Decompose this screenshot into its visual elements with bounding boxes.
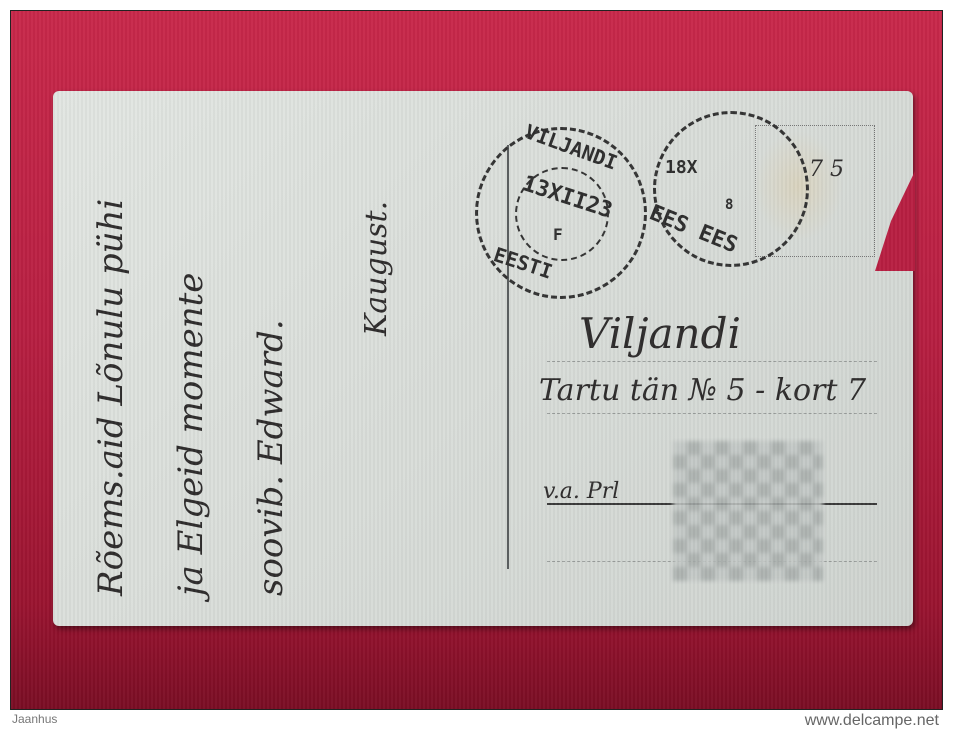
address-line — [547, 361, 877, 362]
postcard: VILJANDI 13XII23 F EESTI 18X 8 EES EES 7… — [53, 91, 913, 626]
postmark-letter: F — [553, 225, 563, 244]
postmark-top-arc: VILJANDI — [522, 119, 621, 174]
postmark-main — [475, 127, 647, 299]
address-divider — [507, 145, 509, 569]
address-line — [547, 561, 877, 562]
torn-corner — [875, 171, 915, 271]
postmark-bottom-arc: EESTI — [491, 242, 556, 283]
address-city: Viljandi — [579, 309, 741, 358]
message-line-2: ja Elgeid momente — [171, 273, 211, 596]
redacted-name — [673, 441, 823, 581]
watermark-author: Jaanhus — [12, 712, 57, 726]
watermark-site: www.delcampe.net — [805, 712, 939, 730]
postmark-main-inner — [515, 167, 609, 261]
message-line-1: Rõems.aid Lõnulu pühi — [91, 199, 131, 596]
postmark-second-number: 8 — [725, 197, 733, 213]
postmark-second-date: 18X — [665, 157, 698, 178]
address-line — [547, 503, 877, 505]
message-line-3: soovib. Edward. — [251, 319, 291, 596]
postmark-second-arc: EES EES — [646, 201, 741, 259]
address-recipient: v.a. Prl — [543, 479, 619, 504]
photo-background: VILJANDI 13XII23 F EESTI 18X 8 EES EES 7… — [10, 10, 943, 710]
address-street: Tartu tän № 5 - kort 7 — [539, 373, 866, 408]
stamp-box — [755, 125, 875, 257]
stamp-note: 7 5 — [809, 157, 844, 182]
message-signature: Kaugust. — [359, 201, 394, 336]
postmark-second — [653, 111, 809, 267]
postmark-date: 13XII23 — [519, 171, 615, 223]
address-line — [547, 413, 877, 414]
stain — [753, 131, 843, 241]
